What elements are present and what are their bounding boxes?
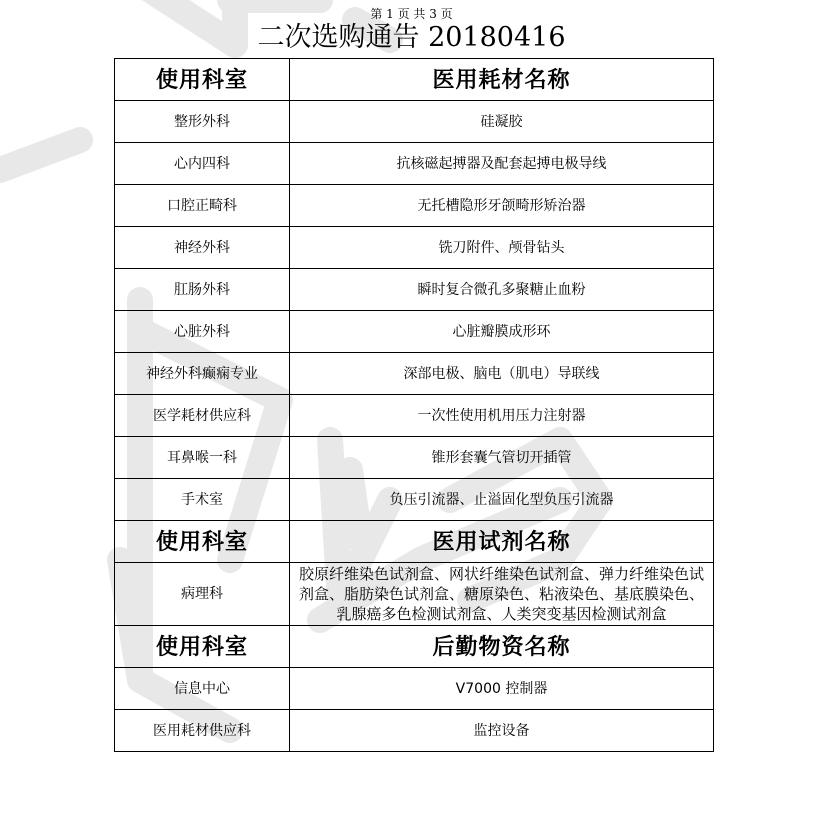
dept-cell: 病理科	[115, 563, 290, 626]
column-header-reagent: 医用试剂名称	[290, 521, 714, 563]
item-cell: 一次性使用机用压力注射器	[290, 395, 714, 437]
column-header-dept: 使用科室	[115, 626, 290, 668]
item-cell: 抗核磁起搏器及配套起搏电极导线	[290, 143, 714, 185]
item-cell: 硅凝胶	[290, 101, 714, 143]
table-row: 信息中心 V7000 控制器	[115, 668, 714, 710]
table-row: 医学耗材供应科 一次性使用机用压力注射器	[115, 395, 714, 437]
item-cell: 铣刀附件、颅骨钻头	[290, 227, 714, 269]
table-row: 肛肠外科 瞬时复合微孔多聚糖止血粉	[115, 269, 714, 311]
section-header-logistics: 使用科室 后勤物资名称	[115, 626, 714, 668]
table-row: 口腔正畸科 无托槽隐形牙颌畸形矫治器	[115, 185, 714, 227]
item-cell: V7000 控制器	[290, 668, 714, 710]
column-header-logistics: 后勤物资名称	[290, 626, 714, 668]
item-cell: 监控设备	[290, 710, 714, 752]
section-header-consumables: 使用科室 医用耗材名称	[115, 59, 714, 101]
procurement-table: 使用科室 医用耗材名称 整形外科 硅凝胶 心内四科 抗核磁起搏器及配套起搏电极导…	[114, 58, 714, 752]
table-row: 耳鼻喉一科 锥形套囊气管切开插管	[115, 437, 714, 479]
table-row: 心脏外科 心脏瓣膜成形环	[115, 311, 714, 353]
item-cell: 无托槽隐形牙颌畸形矫治器	[290, 185, 714, 227]
item-cell: 心脏瓣膜成形环	[290, 311, 714, 353]
item-cell: 胶原纤维染色试剂盒、网状纤维染色试剂盒、弹力纤维染色试剂盒、脂肪染色试剂盒、糖原…	[290, 563, 714, 626]
table-row: 整形外科 硅凝胶	[115, 101, 714, 143]
dept-cell: 手术室	[115, 479, 290, 521]
item-cell: 瞬时复合微孔多聚糖止血粉	[290, 269, 714, 311]
dept-cell: 整形外科	[115, 101, 290, 143]
dept-cell: 口腔正畸科	[115, 185, 290, 227]
column-header-dept: 使用科室	[115, 521, 290, 563]
dept-cell: 心脏外科	[115, 311, 290, 353]
table-row: 病理科 胶原纤维染色试剂盒、网状纤维染色试剂盒、弹力纤维染色试剂盒、脂肪染色试剂…	[115, 563, 714, 626]
table-row: 心内四科 抗核磁起搏器及配套起搏电极导线	[115, 143, 714, 185]
dept-cell: 医用耗材供应科	[115, 710, 290, 752]
item-cell: 负压引流器、止溢固化型负压引流器	[290, 479, 714, 521]
page-indicator: 第 1 页 共 3 页	[0, 7, 823, 21]
dept-cell: 肛肠外科	[115, 269, 290, 311]
table-row: 手术室 负压引流器、止溢固化型负压引流器	[115, 479, 714, 521]
page-title: 二次选购通告 20180416	[0, 20, 823, 56]
dept-cell: 医学耗材供应科	[115, 395, 290, 437]
item-cell: 锥形套囊气管切开插管	[290, 437, 714, 479]
table-row: 医用耗材供应科 监控设备	[115, 710, 714, 752]
dept-cell: 神经外科	[115, 227, 290, 269]
section-header-reagents: 使用科室 医用试剂名称	[115, 521, 714, 563]
dept-cell: 心内四科	[115, 143, 290, 185]
table-row: 神经外科 铣刀附件、颅骨钻头	[115, 227, 714, 269]
column-header-dept: 使用科室	[115, 59, 290, 101]
column-header-consumable: 医用耗材名称	[290, 59, 714, 101]
dept-cell: 神经外科癫痫专业	[115, 353, 290, 395]
table-row: 神经外科癫痫专业 深部电极、脑电（肌电）导联线	[115, 353, 714, 395]
dept-cell: 耳鼻喉一科	[115, 437, 290, 479]
item-cell: 深部电极、脑电（肌电）导联线	[290, 353, 714, 395]
dept-cell: 信息中心	[115, 668, 290, 710]
